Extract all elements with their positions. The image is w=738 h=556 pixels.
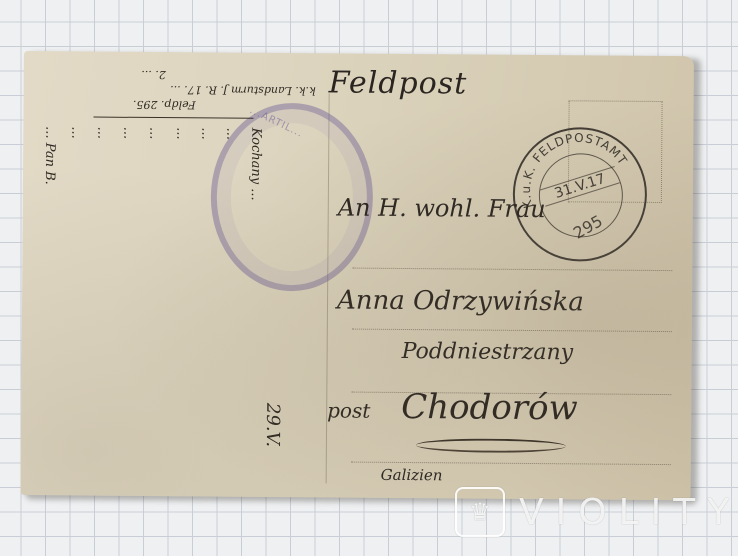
address-region: Galizien [381, 466, 443, 484]
address-recipient-title: An H. wohl. Frau [338, 193, 546, 223]
city-underline [416, 438, 566, 453]
postcard: ...ARTIL... Feldpost K.u.K. FELDPOSTAMT … [21, 51, 694, 500]
crown-icon: ♛ [455, 487, 505, 537]
address-city: Chodorów [401, 387, 578, 428]
sender-line: Feldp. 295. [46, 96, 316, 113]
message-line: ... Pan B. [42, 126, 57, 185]
address-post-label: post [327, 398, 370, 422]
feldpost-heading: Feldpost [329, 65, 468, 101]
message-line: ... [146, 127, 161, 140]
watermark-text: VIOLITY [519, 492, 738, 533]
address-line-rule [351, 462, 671, 466]
violity-watermark: ♛ VIOLITY [455, 487, 738, 537]
address-line-rule [352, 329, 672, 333]
message-line: ... [198, 127, 213, 140]
message-date: 29.V. [262, 403, 283, 447]
message-line: ... [94, 127, 109, 140]
sender-line: 2. ... [46, 66, 316, 83]
address-line-rule [352, 268, 672, 272]
sender-line: k.k. Landsturm J. R. 17. ... [46, 81, 316, 98]
message-line: ... [68, 126, 83, 139]
sender-rule [93, 117, 253, 119]
message-line: ... [223, 128, 238, 141]
message-line: ... [173, 127, 188, 140]
sender-block: Feldp. 295. k.k. Landsturm J. R. 17. ...… [46, 66, 316, 113]
address-locality: Poddniestrzany [402, 339, 574, 365]
address-recipient-name: Anna Odrzywińska [337, 285, 584, 317]
message-line: Kochany ... [248, 128, 264, 201]
message-body: Kochany ........................... Pan … [24, 51, 694, 56]
message-line: ... [120, 127, 135, 140]
